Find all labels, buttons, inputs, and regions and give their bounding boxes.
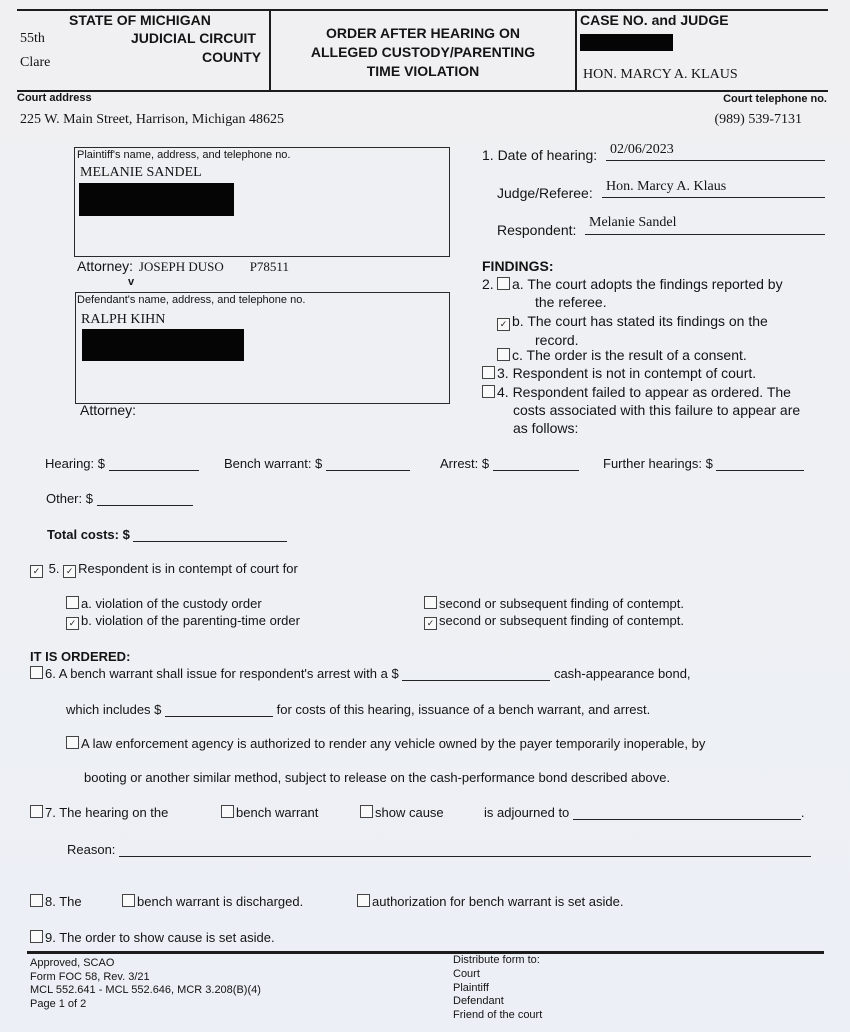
plaintiff-attorney-bar-number[interactable]: P78511 xyxy=(250,259,289,274)
item-5b-checkbox[interactable]: ✓ xyxy=(66,617,79,630)
cost-hearing: Hearing: $ xyxy=(45,456,199,471)
cost-other-label: Other: $ xyxy=(46,491,93,506)
header-bottom-rule xyxy=(17,90,828,92)
finding-2c-checkbox[interactable] xyxy=(497,348,510,361)
ordered-heading: IT IS ORDERED: xyxy=(30,649,130,664)
plaintiff-attorney-row: Attorney: JOSEPH DUSO P78511 xyxy=(77,258,289,275)
case-label: CASE NO. and JUDGE xyxy=(580,12,729,28)
distribute-item: Plaintiff xyxy=(453,982,542,996)
cost-hearing-label: Hearing: $ xyxy=(45,456,105,471)
hearing-date-label: 1. Date of hearing: xyxy=(482,147,597,163)
item-7-bench-warrant-checkbox[interactable] xyxy=(221,805,234,818)
header-top-rule xyxy=(17,9,828,11)
county-name: Clare xyxy=(20,55,50,71)
finding-3: 3. Respondent is not in contempt of cour… xyxy=(482,365,756,381)
finding-4-text-cont: as follows: xyxy=(482,419,800,437)
item-6-vehicle-checkbox[interactable] xyxy=(66,736,79,749)
finding-4-text-cont: costs associated with this failure to ap… xyxy=(482,401,800,419)
item-6-includes-label: which includes $ xyxy=(66,702,161,717)
item-7-adjourned: is adjourned to . xyxy=(484,805,805,820)
plaintiff-box: Plaintiff's name, address, and telephone… xyxy=(74,147,450,257)
item-8-discharged-text: bench warrant is discharged. xyxy=(137,894,303,909)
item-7-adjourned-field[interactable] xyxy=(573,805,801,820)
finding-2b: ✓b. The court has stated its findings on… xyxy=(497,312,768,349)
item-6-vehicle-text: A law enforcement agency is authorized t… xyxy=(81,736,705,751)
finding-4-checkbox[interactable] xyxy=(482,385,495,398)
case-judge: HON. MARCY A. KLAUS xyxy=(583,67,738,83)
finding-3-checkbox[interactable] xyxy=(482,366,495,379)
item-5a-text: a. violation of the custody order xyxy=(81,596,262,611)
court-address: 225 W. Main Street, Harrison, Michigan 4… xyxy=(20,112,284,128)
finding-2c: c. The order is the result of a consent. xyxy=(497,347,747,363)
distribute-item: Friend of the court xyxy=(453,1009,542,1023)
findings-heading: FINDINGS: xyxy=(482,258,554,274)
item-5a: a. violation of the custody order xyxy=(66,596,262,611)
item-8-discharged-checkbox[interactable] xyxy=(122,894,135,907)
item-7-bench-warrant: bench warrant xyxy=(221,805,318,820)
judge-referee-label: Judge/Referee: xyxy=(497,185,593,201)
item-7-show-cause: show cause xyxy=(360,805,444,820)
item-5a-second-checkbox[interactable] xyxy=(424,596,437,609)
finding-2a-text: a. The court adopts the findings reporte… xyxy=(512,276,783,292)
cost-total: Total costs: $ xyxy=(47,527,287,542)
item-5-contempt-checkbox[interactable]: ✓ xyxy=(63,565,76,578)
item-7-bench-warrant-text: bench warrant xyxy=(236,805,318,820)
item-7-adjourned-label: is adjourned to xyxy=(484,805,569,820)
cost-total-field[interactable] xyxy=(133,527,287,542)
header-divider-2 xyxy=(575,10,577,91)
defendant-attorney-label: Attorney: xyxy=(80,402,136,418)
cost-bench-warrant-field[interactable] xyxy=(326,456,410,471)
defendant-label: Defendant's name, address, and telephone… xyxy=(77,294,305,306)
finding-2a-text-cont: the referee. xyxy=(497,293,783,311)
item-9-text: 9. The order to show cause is set aside. xyxy=(45,930,275,945)
item-5-number: 5. xyxy=(49,561,60,576)
cost-other: Other: $ xyxy=(46,491,193,506)
item-5a-second: second or subsequent finding of contempt… xyxy=(424,596,684,611)
court-phone: (989) 539-7131 xyxy=(715,112,803,128)
item-5b-text: b. violation of the parenting-time order xyxy=(81,613,300,628)
cost-further-hearings-field[interactable] xyxy=(716,456,804,471)
state-label: STATE OF MICHIGAN xyxy=(69,12,211,28)
cost-arrest-field[interactable] xyxy=(493,456,579,471)
item-7: 7. The hearing on the xyxy=(30,805,168,820)
item-7-checkbox[interactable] xyxy=(30,805,43,818)
footer-rule xyxy=(27,951,824,954)
finding-2-number: 2. xyxy=(482,276,494,292)
circuit-number: 55th xyxy=(20,31,45,47)
footer-form-number: Form FOC 58, Rev. 3/21 xyxy=(30,971,261,985)
distribute-label: Distribute form to: xyxy=(453,954,542,968)
item-8-set-aside-checkbox[interactable] xyxy=(357,894,370,907)
footer-form-info: Approved, SCAO Form FOC 58, Rev. 3/21 MC… xyxy=(30,957,261,1011)
plaintiff-attorney-label: Attorney: xyxy=(77,258,133,274)
item-5b-second-checkbox[interactable]: ✓ xyxy=(424,617,437,630)
item-6-checkbox[interactable] xyxy=(30,666,43,679)
footer-approved: Approved, SCAO xyxy=(30,957,261,971)
item-9: 9. The order to show cause is set aside. xyxy=(30,930,275,945)
item-7-show-cause-checkbox[interactable] xyxy=(360,805,373,818)
item-6-bond-field[interactable] xyxy=(402,666,550,681)
cost-arrest: Arrest: $ xyxy=(440,456,579,471)
finding-4: 4. Respondent failed to appear as ordere… xyxy=(482,383,800,437)
plaintiff-name[interactable]: MELANIE SANDEL xyxy=(80,165,202,181)
cost-other-field[interactable] xyxy=(97,491,193,506)
item-5b: ✓b. violation of the parenting-time orde… xyxy=(66,613,300,630)
item-5: ✓ 5. ✓Respondent is in contempt of court… xyxy=(30,561,298,578)
finding-2c-text: c. The order is the result of a consent. xyxy=(512,347,747,363)
item-5-checkbox[interactable]: ✓ xyxy=(30,565,43,578)
item-5a-checkbox[interactable] xyxy=(66,596,79,609)
circuit-label: JUDICIAL CIRCUIT xyxy=(131,30,256,46)
item-7-text: 7. The hearing on the xyxy=(45,805,168,820)
finding-2a: a. The court adopts the findings reporte… xyxy=(497,275,783,311)
respondent-label: Respondent: xyxy=(497,222,576,238)
finding-2b-checkbox[interactable]: ✓ xyxy=(497,318,510,331)
court-address-label: Court address xyxy=(17,92,92,104)
respondent-value: Melanie Sandel xyxy=(589,215,676,231)
footer-distribution: Distribute form to: Court Plaintiff Defe… xyxy=(453,954,542,1023)
cost-further-hearings-label: Further hearings: $ xyxy=(603,456,713,471)
cost-hearing-field[interactable] xyxy=(109,456,199,471)
distribute-item: Court xyxy=(453,968,542,982)
defendant-name[interactable]: RALPH KIHN xyxy=(81,312,165,328)
item-6-text-post: cash-appearance bond, xyxy=(554,666,691,681)
form-title-line: TIME VIOLATION xyxy=(275,62,571,81)
item-5-text: Respondent is in contempt of court for xyxy=(78,561,298,576)
finding-2b-text: b. The court has stated its findings on … xyxy=(512,313,768,329)
item-6-includes-field[interactable] xyxy=(165,702,273,717)
item-7-reason-field[interactable] xyxy=(119,842,811,857)
cost-total-label: Total costs: $ xyxy=(47,527,130,542)
versus-label: v xyxy=(128,276,134,288)
court-phone-label: Court telephone no. xyxy=(723,93,827,105)
form-title-line: ALLEGED CUSTODY/PARENTING xyxy=(275,43,571,62)
item-6: 6. A bench warrant shall issue for respo… xyxy=(30,666,691,681)
cost-bench-warrant-label: Bench warrant: $ xyxy=(224,456,322,471)
item-8-checkbox[interactable] xyxy=(30,894,43,907)
item-8-set-aside: authorization for bench warrant is set a… xyxy=(357,894,623,909)
hearing-date-value: 02/06/2023 xyxy=(610,142,674,158)
item-5a-second-text: second or subsequent finding of contempt… xyxy=(439,596,684,611)
item-6-vehicle-text-cont: booting or another similar method, subje… xyxy=(84,770,670,785)
item-9-checkbox[interactable] xyxy=(30,930,43,943)
item-8: 8. The xyxy=(30,894,82,909)
item-5b-second-text: second or subsequent finding of contempt… xyxy=(439,613,684,628)
item-8-text: 8. The xyxy=(45,894,82,909)
header-divider-1 xyxy=(269,10,271,91)
case-number-redacted xyxy=(580,34,673,51)
item-6-vehicle: A law enforcement agency is authorized t… xyxy=(66,736,705,751)
item-6-text: 6. A bench warrant shall issue for respo… xyxy=(45,666,399,681)
item-7-show-cause-text: show cause xyxy=(375,805,444,820)
item-6-includes: which includes $ for costs of this heari… xyxy=(66,702,650,717)
plaintiff-address-redacted xyxy=(79,183,234,216)
item-8-set-aside-text: authorization for bench warrant is set a… xyxy=(372,894,623,909)
defendant-address-redacted xyxy=(82,329,244,361)
finding-3-text: 3. Respondent is not in contempt of cour… xyxy=(497,365,756,381)
cost-further-hearings: Further hearings: $ xyxy=(603,456,804,471)
defendant-box: Defendant's name, address, and telephone… xyxy=(75,292,450,404)
item-7-reason: Reason: xyxy=(67,842,811,857)
item-8-discharged: bench warrant is discharged. xyxy=(122,894,303,909)
footer-statutes: MCL 552.641 - MCL 552.646, MCR 3.208(B)(… xyxy=(30,984,261,998)
finding-4-text: 4. Respondent failed to appear as ordere… xyxy=(497,384,791,400)
form-title-line: ORDER AFTER HEARING ON xyxy=(275,24,571,43)
plaintiff-attorney-name[interactable]: JOSEPH DUSO xyxy=(139,259,224,274)
cost-arrest-label: Arrest: $ xyxy=(440,456,489,471)
form-title: ORDER AFTER HEARING ON ALLEGED CUSTODY/P… xyxy=(275,24,571,81)
item-6-includes-text: for costs of this hearing, issuance of a… xyxy=(277,702,651,717)
county-label: COUNTY xyxy=(202,49,261,65)
plaintiff-label: Plaintiff's name, address, and telephone… xyxy=(77,149,291,161)
distribute-item: Defendant xyxy=(453,995,542,1009)
item-5b-second: ✓second or subsequent finding of contemp… xyxy=(424,613,684,630)
judge-referee-value: Hon. Marcy A. Klaus xyxy=(606,179,726,195)
item-7-reason-label: Reason: xyxy=(67,842,115,857)
cost-bench-warrant: Bench warrant: $ xyxy=(224,456,410,471)
finding-2a-checkbox[interactable] xyxy=(497,277,510,290)
footer-page-number: Page 1 of 2 xyxy=(30,998,261,1012)
